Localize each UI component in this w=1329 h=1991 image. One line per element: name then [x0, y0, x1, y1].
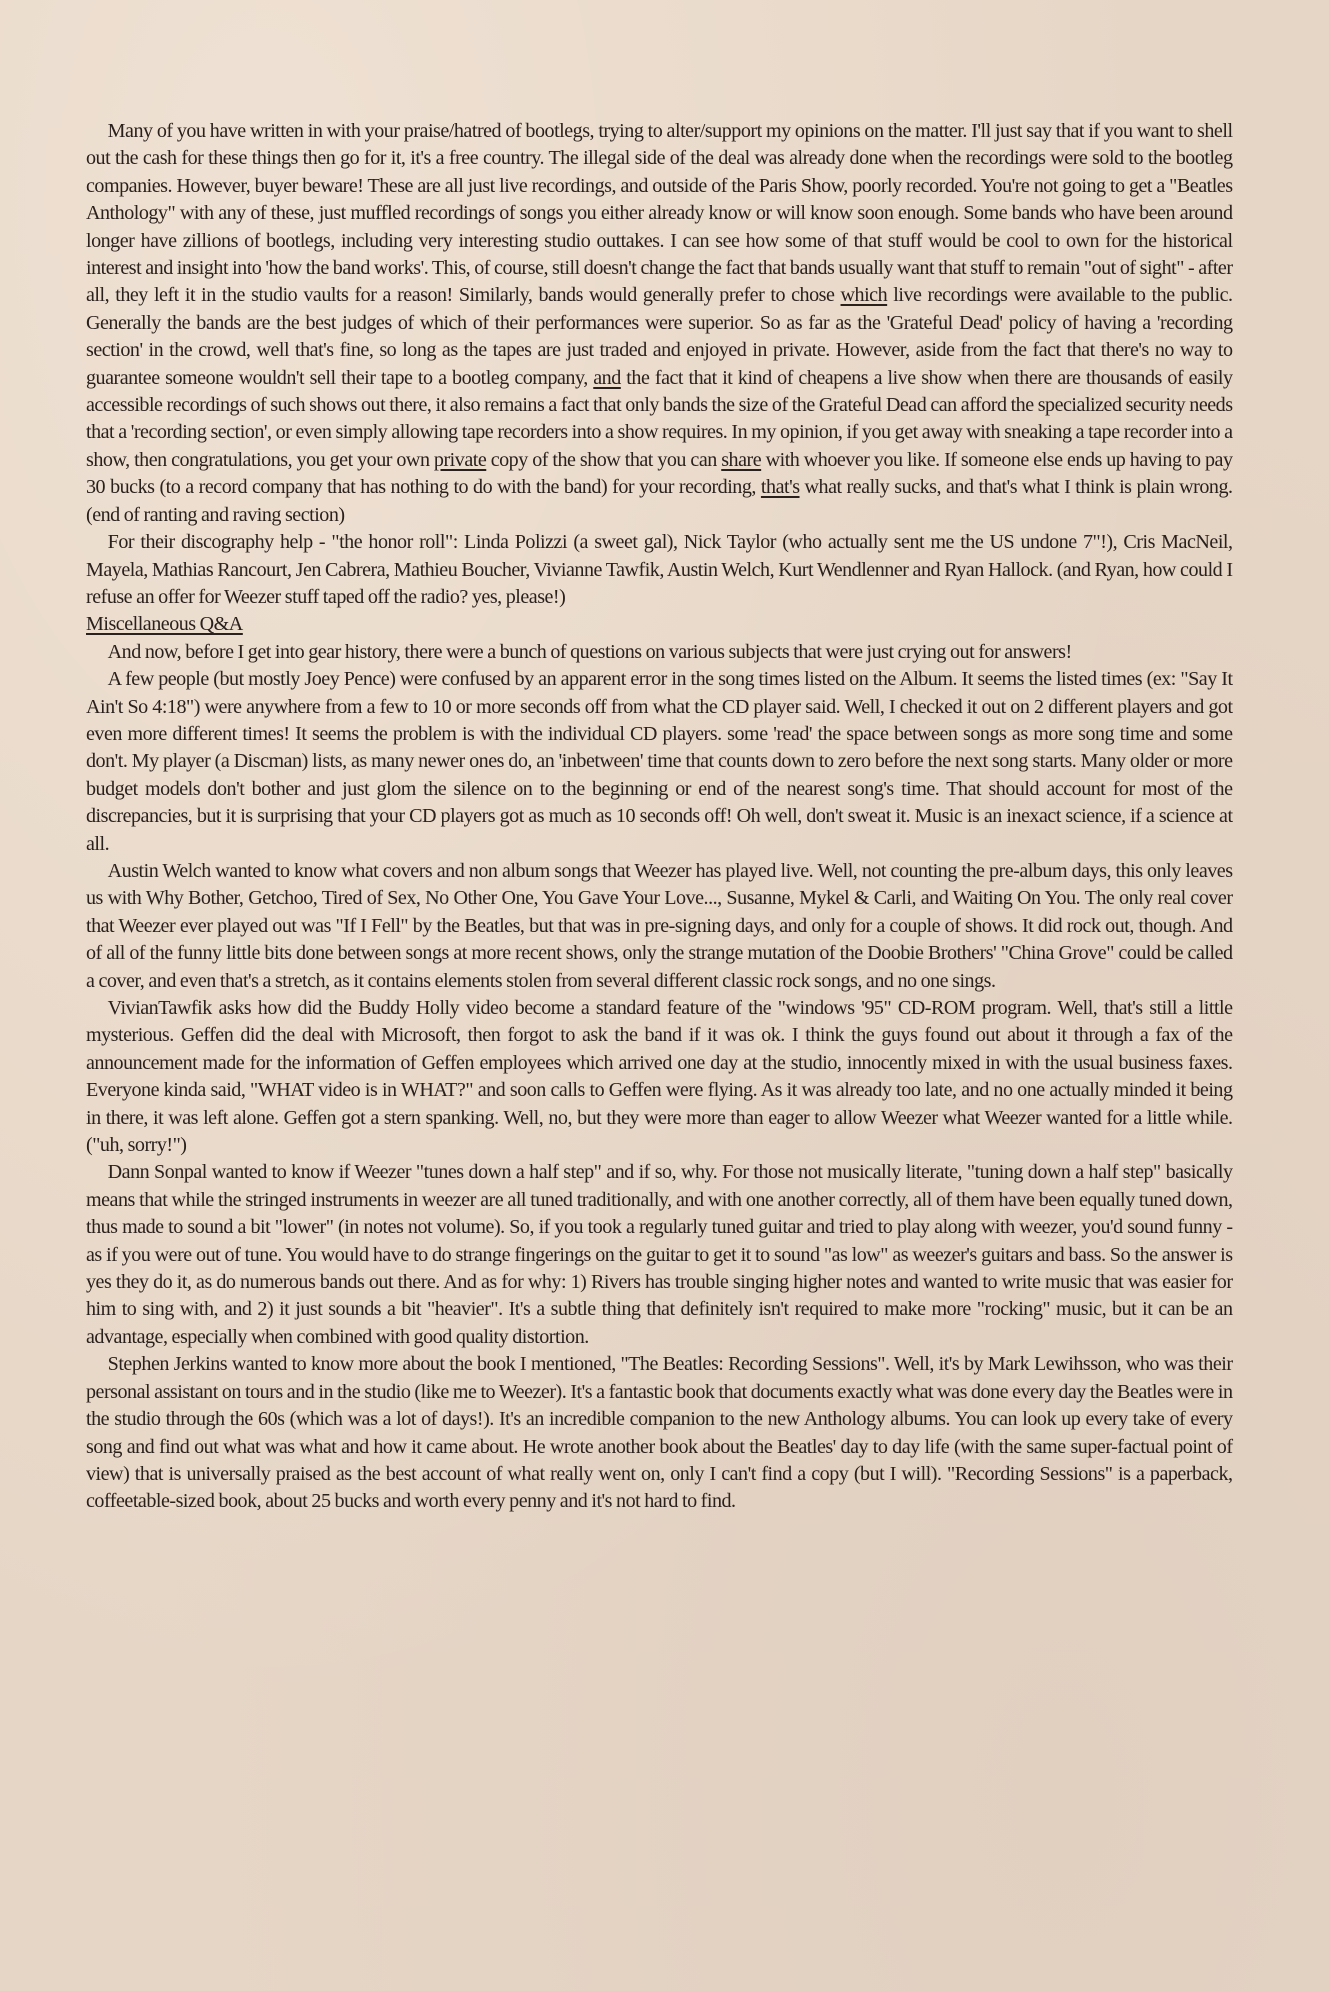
document-page: Many of you have written in with your pr…: [86, 118, 1233, 1516]
underlined-emphasis: that's: [761, 476, 800, 498]
underlined-emphasis: private: [434, 449, 486, 471]
underlined-emphasis: share: [721, 449, 761, 471]
section-heading: Miscellaneous Q&A: [86, 611, 1233, 638]
honor-roll-paragraph: For their discography help - "the honor …: [86, 529, 1233, 611]
qa-song-times-paragraph: A few people (but mostly Joey Pence) wer…: [86, 666, 1233, 858]
qa-intro-paragraph: And now, before I get into gear history,…: [86, 639, 1233, 666]
bootleg-opinion-paragraph: Many of you have written in with your pr…: [86, 118, 1233, 529]
text-run: Many of you have written in with your pr…: [86, 120, 1233, 306]
qa-covers-paragraph: Austin Welch wanted to know what covers …: [86, 858, 1233, 995]
qa-beatles-book-paragraph: Stephen Jerkins wanted to know more abou…: [86, 1351, 1233, 1515]
qa-windows95-paragraph: VivianTawfik asks how did the Buddy Holl…: [86, 995, 1233, 1159]
underlined-emphasis: and: [593, 367, 621, 389]
text-run: copy of the show that you can: [486, 449, 721, 471]
qa-tuning-paragraph: Dann Sonpal wanted to know if Weezer "tu…: [86, 1159, 1233, 1351]
underlined-emphasis: which: [841, 284, 888, 306]
